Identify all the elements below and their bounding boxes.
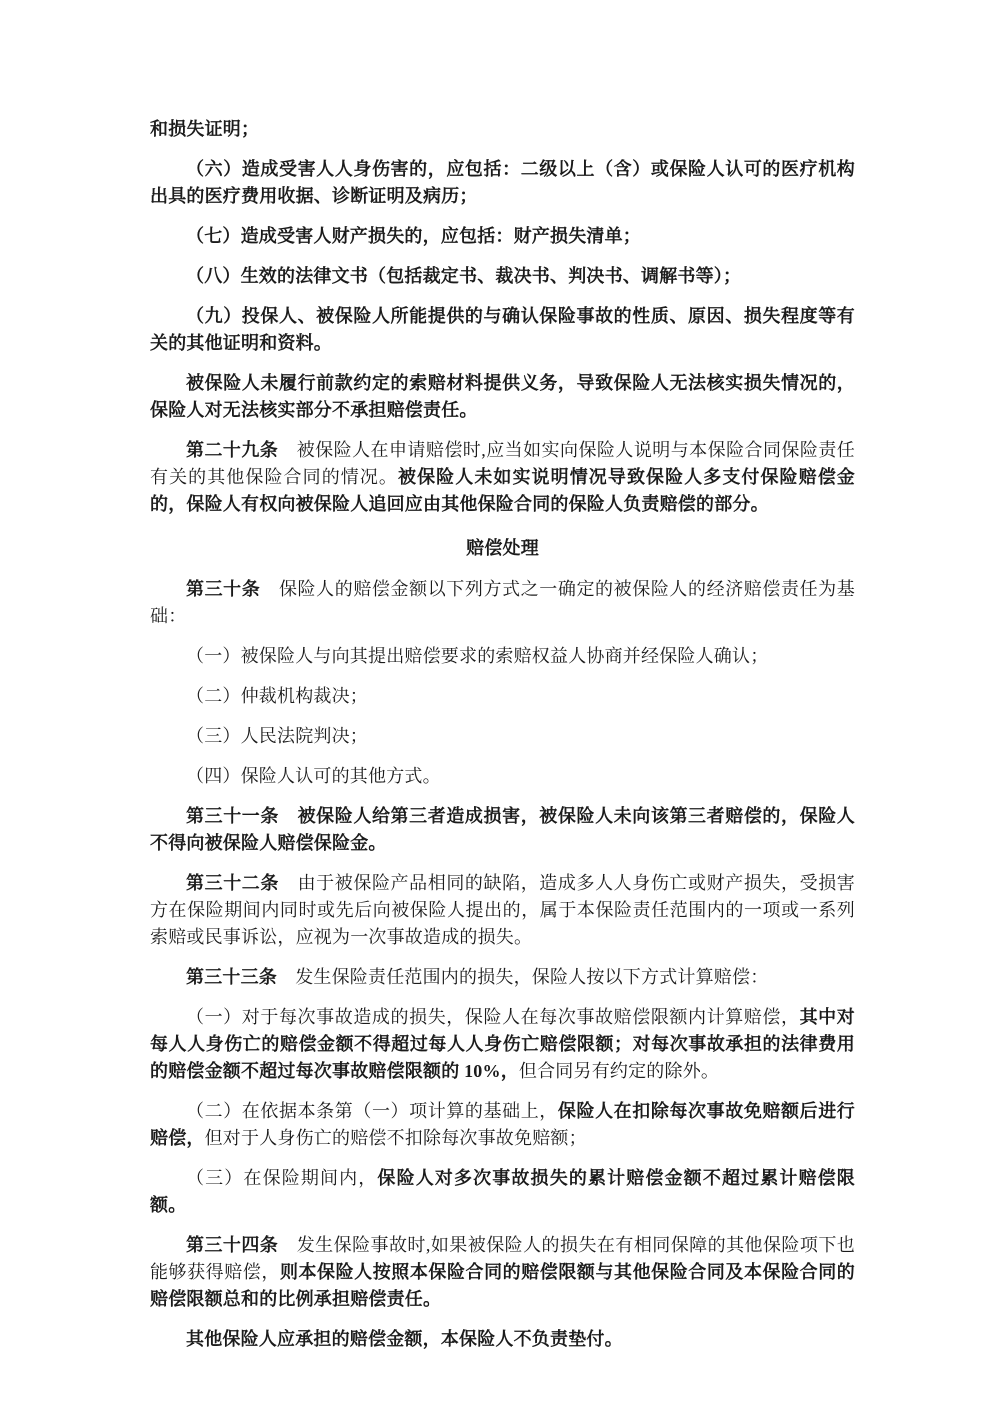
paragraph: （七）造成受害人财产损失的，应包括：财产损失清单； bbox=[150, 223, 855, 250]
bold-text-run: 赔偿处理 bbox=[466, 538, 539, 558]
document-page: 和损失证明；（六）造成受害人人身伤害的，应包括：二级以上（含）或保险人认可的医疗… bbox=[0, 0, 1000, 1414]
bold-text-run: （九）投保人、被保险人所能提供的与确认保险事故的性质、原因、损失程度等有关的其他… bbox=[150, 306, 855, 353]
bold-text-run: （六）造成受害人人身伤害的，应包括：二级以上（含）或保险人认可的医疗机构出具的医… bbox=[150, 159, 855, 206]
paragraph: （二）在依据本条第（一）项计算的基础上，保险人在扣除每次事故免赔额后进行赔偿，但… bbox=[150, 1098, 855, 1152]
bold-text-run: （七）造成受害人财产损失的，应包括：财产损失清单； bbox=[186, 226, 641, 246]
paragraph: （三）在保险期间内，保险人对多次事故损失的累计赔偿金额不超过累计赔偿限额。 bbox=[150, 1165, 855, 1219]
text-run: （一）被保险人与向其提出赔偿要求的索赔权益人协商并经保险人确认； bbox=[186, 646, 768, 666]
bold-text-run: 第三十条 bbox=[186, 579, 260, 599]
section-heading: 赔偿处理 bbox=[150, 535, 855, 562]
paragraph: 第三十二条 由于被保险产品相同的缺陷，造成多人人身伤亡或财产损失，受损害方在保险… bbox=[150, 870, 855, 951]
paragraph: （二）仲裁机构裁决； bbox=[150, 683, 855, 710]
paragraph: （八）生效的法律文书（包括裁定书、裁决书、判决书、调解书等）； bbox=[150, 263, 855, 290]
bold-text-run: 其他保险人应承担的赔偿金额，本保险人不负责垫付。 bbox=[186, 1329, 623, 1349]
text-run: 但对于人身伤亡的赔偿不扣除每次事故免赔额； bbox=[205, 1128, 587, 1148]
bold-text-run: 第三十二条 bbox=[186, 873, 279, 893]
bold-text-run: 第三十三条 bbox=[186, 967, 277, 987]
paragraph: （九）投保人、被保险人所能提供的与确认保险事故的性质、原因、损失程度等有关的其他… bbox=[150, 303, 855, 357]
paragraph: 第三十条 保险人的赔偿金额以下列方式之一确定的被保险人的经济赔偿责任为基础： bbox=[150, 576, 855, 630]
text-run: （三）在保险期间内， bbox=[186, 1168, 377, 1188]
paragraph: （四）保险人认可的其他方式。 bbox=[150, 763, 855, 790]
text-run: （三）人民法院判决； bbox=[186, 726, 368, 746]
text-run: 发生保险责任范围内的损失，保险人按以下方式计算赔偿： bbox=[277, 967, 768, 987]
paragraph: 其他保险人应承担的赔偿金额，本保险人不负责垫付。 bbox=[150, 1326, 855, 1353]
paragraph: 第三十三条 发生保险责任范围内的损失，保险人按以下方式计算赔偿： bbox=[150, 964, 855, 991]
paragraph: 第二十九条 被保险人在申请赔偿时,应当如实向保险人说明与本保险合同保险责任有关的… bbox=[150, 437, 855, 518]
paragraph: （一）对于每次事故造成的损失，保险人在每次事故赔偿限额内计算赔偿，其中对每人人身… bbox=[150, 1004, 855, 1085]
bold-text-run: （八）生效的法律文书（包括裁定书、裁决书、判决书、调解书等）； bbox=[186, 266, 741, 286]
bold-text-run: 第三十一条 bbox=[186, 806, 279, 826]
paragraph: 和损失证明； bbox=[150, 116, 855, 143]
text-run: （二）仲裁机构裁决； bbox=[186, 686, 368, 706]
bold-text-run: 和损失证明； bbox=[150, 119, 259, 139]
paragraph: （三）人民法院判决； bbox=[150, 723, 855, 750]
paragraph: （一）被保险人与向其提出赔偿要求的索赔权益人协商并经保险人确认； bbox=[150, 643, 855, 670]
paragraph: 被保险人未履行前款约定的索赔材料提供义务，导致保险人无法核实损失情况的，保险人对… bbox=[150, 370, 855, 424]
text-run: （一）对于每次事故造成的损失，保险人在每次事故赔偿限额内计算赔偿， bbox=[186, 1007, 800, 1027]
text-run: （四）保险人认可的其他方式。 bbox=[186, 766, 441, 786]
bold-text-run: 第二十九条 bbox=[186, 440, 278, 460]
document-content: 和损失证明；（六）造成受害人人身伤害的，应包括：二级以上（含）或保险人认可的医疗… bbox=[150, 116, 855, 1353]
paragraph: （六）造成受害人人身伤害的，应包括：二级以上（含）或保险人认可的医疗机构出具的医… bbox=[150, 156, 855, 210]
bold-text-run: 被保险人未履行前款约定的索赔材料提供义务，导致保险人无法核实损失情况的，保险人对… bbox=[150, 373, 855, 420]
text-run: 但合同另有约定的除外。 bbox=[519, 1061, 719, 1081]
paragraph: 第三十一条 被保险人给第三者造成损害，被保险人未向该第三者赔偿的，保险人不得向被… bbox=[150, 803, 855, 857]
paragraph: 第三十四条 发生保险事故时,如果被保险人的损失在有相同保障的其他保险项下也能够获… bbox=[150, 1232, 855, 1313]
text-run: （二）在依据本条第（一）项计算的基础上， bbox=[186, 1101, 558, 1121]
bold-text-run: 第三十四条 bbox=[186, 1235, 278, 1255]
